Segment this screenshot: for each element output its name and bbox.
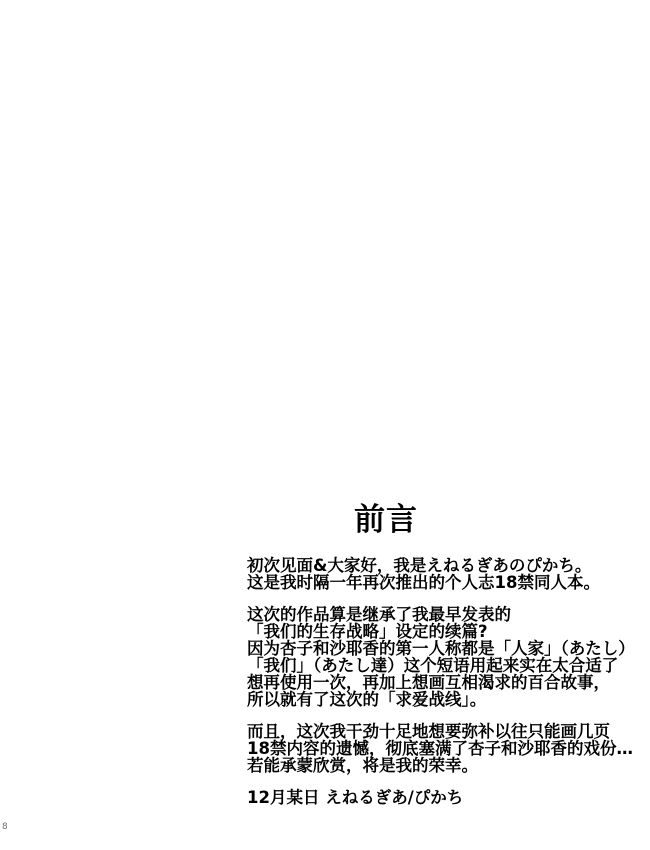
author-signature: 12月某日 えねるぎあ/ぴかち bbox=[247, 789, 647, 806]
text-line: 初次见面&大家好，我是えねるぎあのぴかち。 bbox=[247, 557, 647, 574]
text-line: 而且，这次我干劲十足地想要弥补以往只能画几页 bbox=[247, 723, 647, 740]
page-number: 8 bbox=[2, 823, 8, 832]
document-page: 前言 初次见面&大家好，我是えねるぎあのぴかち。 这是我时隔一年再次推出的个人志… bbox=[0, 0, 650, 850]
paragraph-concept: 这次的作品算是继承了我最早发表的 「我们的生存战略」设定的续篇? 因为杏子和沙耶… bbox=[247, 606, 647, 708]
text-line: 这是我时隔一年再次推出的个人志18禁同人本。 bbox=[247, 574, 647, 591]
page-title: 前言 bbox=[354, 503, 418, 537]
paragraph-intro: 初次见面&大家好，我是えねるぎあのぴかち。 这是我时隔一年再次推出的个人志18禁… bbox=[247, 557, 647, 591]
text-line: 这次的作品算是继承了我最早发表的 bbox=[247, 606, 647, 623]
preface-text: 初次见面&大家好，我是えねるぎあのぴかち。 这是我时隔一年再次推出的个人志18禁… bbox=[247, 557, 647, 806]
text-line: 想再使用一次，再加上想画互相渴求的百合故事， bbox=[247, 674, 647, 691]
text-line: 18禁内容的遗憾，彻底塞满了杏子和沙耶香的戏份… bbox=[247, 740, 647, 757]
text-line: 所以就有了这次的「求爱战线」。 bbox=[247, 691, 647, 708]
paragraph-closing: 而且，这次我干劲十足地想要弥补以往只能画几页 18禁内容的遗憾，彻底塞满了杏子和… bbox=[247, 723, 647, 774]
text-line: 「我们」（あたし達）这个短语用起来实在太合适了 bbox=[247, 657, 647, 674]
text-line: 若能承蒙欣赏，将是我的荣幸。 bbox=[247, 757, 647, 774]
text-line: 因为杏子和沙耶香的第一人称都是「人家」（あたし） bbox=[247, 640, 647, 657]
text-line: 「我们的生存战略」设定的续篇? bbox=[247, 623, 647, 640]
